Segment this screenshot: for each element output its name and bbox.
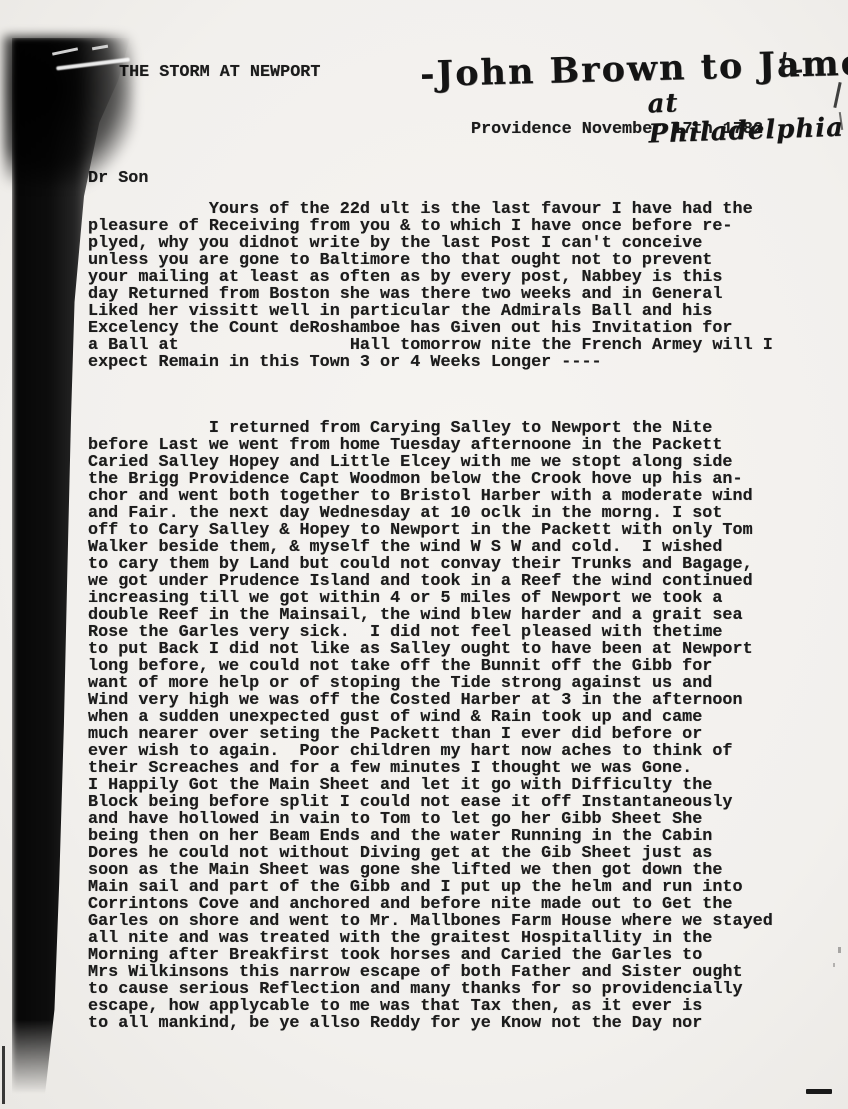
scanned-letter-page: THE STORM AT NEWPORT -John Brown to Jame…	[0, 0, 848, 1109]
handwritten-location: at Philadelphia	[647, 83, 848, 150]
scan-line-bottom-left	[2, 1046, 5, 1104]
handwritten-dash: -	[420, 54, 436, 95]
scan-speck	[833, 963, 835, 967]
scratch-mark	[92, 45, 108, 50]
scan-shadow-top-left-blob	[4, 36, 134, 186]
paragraph-2: I returned from Carying Salley to Newpor…	[88, 420, 773, 1032]
scratch-mark	[52, 47, 78, 55]
document-title: THE STORM AT NEWPORT	[119, 64, 320, 81]
paragraph-1: Yours of the 22d ult is the last favour …	[88, 201, 773, 371]
scan-dash-bottom-right	[806, 1089, 832, 1094]
salutation: Dr Son	[88, 170, 148, 187]
scan-speck	[838, 947, 841, 953]
